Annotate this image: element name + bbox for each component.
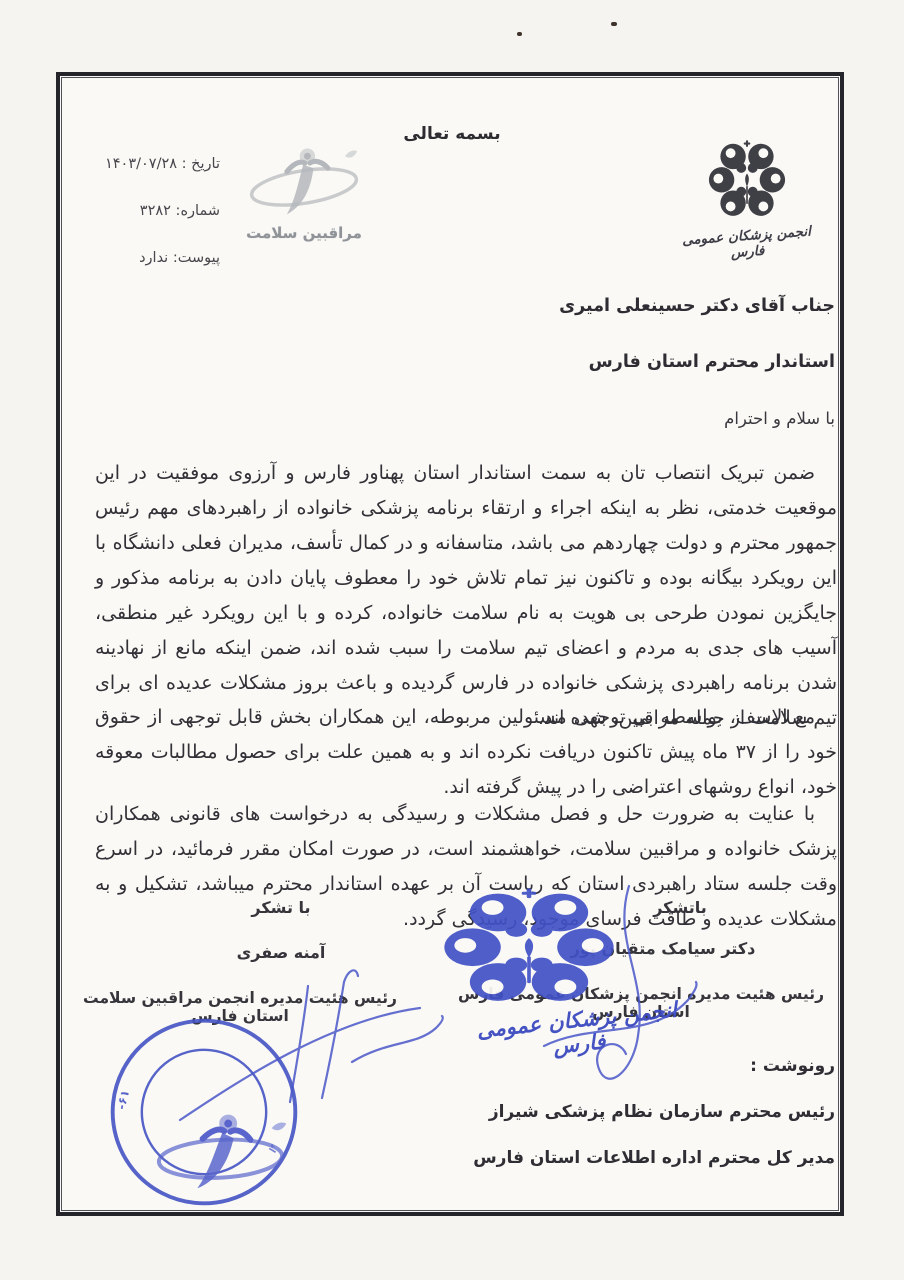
- greeting-line: با سلام و احترام: [724, 409, 835, 428]
- letter-date: تاریخ : ۱۴۰۳/۰۷/۲۸: [84, 141, 220, 188]
- body-paragraph-2: مع الاسف، بواسطه بی توجهی مسئولین مربوطه…: [95, 700, 837, 805]
- signature-right-thanks: باتشکر: [632, 898, 728, 917]
- health-guardians-logo-caption: مراقبین سلامت: [230, 224, 378, 242]
- recipient-title: استاندار محترم استان فارس: [589, 352, 835, 372]
- person-orbit-icon: [230, 134, 378, 228]
- cc-label: رونوشت :: [750, 1056, 835, 1076]
- health-guardians-round-stamp: ۱۱۶-۱/۸-۶۱ : تاریخ و شماره انجمن مراقبین…: [92, 1000, 316, 1224]
- flower-emblem-icon: [701, 136, 793, 222]
- scan-speck: [517, 32, 522, 36]
- round-stamp-center-figure: [154, 1108, 289, 1198]
- gp-association-calligraphy: انجمن پزشکان عمومی فارس: [667, 223, 827, 266]
- letter-reference-block: تاریخ : ۱۴۰۳/۰۷/۲۸ شماره: ۳۲۸۲ پیوست: ند…: [84, 141, 220, 282]
- health-guardians-logo: مراقبین سلامت: [230, 134, 378, 242]
- body-paragraph-1: ضمن تبریک انتصاب تان به سمت استاندار است…: [95, 456, 837, 736]
- gp-association-logo: انجمن پزشکان عمومی فارس: [668, 136, 826, 260]
- recipient-name: جناب آقای دکتر حسینعلی امیری: [559, 296, 835, 316]
- letter-number: شماره: ۳۲۸۲: [84, 188, 220, 235]
- signature-left-thanks: با تشکر: [226, 898, 336, 917]
- gp-association-blue-stamp-icon: [438, 882, 620, 1010]
- letter-attachment: پیوست: ندارد: [84, 235, 220, 282]
- cc-line-1: رئیس محترم سازمان نظام پزشکی شیراز: [489, 1102, 835, 1122]
- signature-left-name: آمنه صفری: [216, 943, 346, 962]
- scanned-letter-page: { "page": { "besmellah": "بسمه تعالی" },…: [0, 0, 904, 1280]
- cc-line-2: مدیر کل محترم اداره اطلاعات استان فارس: [473, 1148, 835, 1168]
- scan-speck: [611, 22, 617, 26]
